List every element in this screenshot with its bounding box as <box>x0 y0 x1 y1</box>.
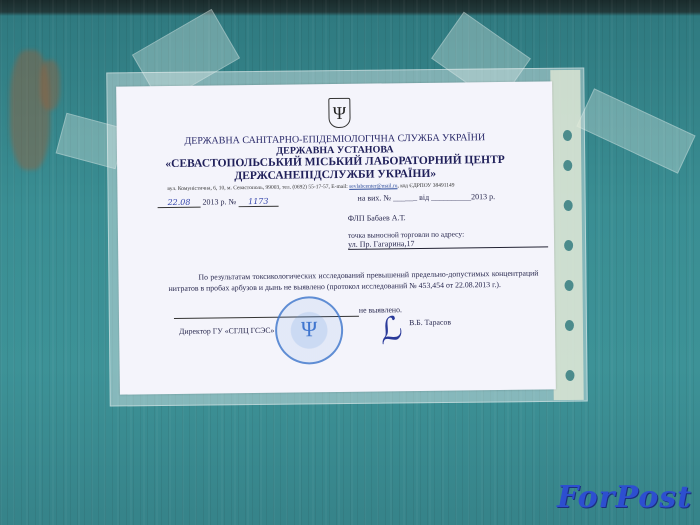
email-link: sevlabcenter@mail.ru <box>349 183 397 190</box>
punch-hole <box>564 240 573 251</box>
body-text: По результатам токсикологических исследо… <box>168 268 538 295</box>
issue-date: 22.08 2013 р. № 1173 <box>158 197 279 207</box>
edrpou-code: , код ЄДРПОУ 38491149 <box>397 183 454 190</box>
street-address: ул. Пр. Гагарина,17 <box>348 237 548 249</box>
stamp-trident: Ψ <box>277 316 341 343</box>
forpost-watermark-logo: ForPost <box>557 480 692 515</box>
punch-hole <box>563 130 572 141</box>
paint-damage <box>40 60 60 110</box>
address-text: вул. Комуністична, 6, 10, м. Севастополь… <box>167 184 349 192</box>
date-year: 2013 р. № <box>202 197 236 206</box>
recipient: ФЛП Бабаев А.Т. <box>348 213 406 223</box>
punch-hole <box>565 370 574 381</box>
official-letter: Ψ ДЕРЖАВНА САНІТАРНО-ЕПІДЕМІОЛОГІЧНА СЛУ… <box>116 81 556 394</box>
punch-hole <box>564 200 573 211</box>
signature-icon: ℒ <box>371 309 406 353</box>
punch-hole <box>565 320 574 331</box>
wooden-wall-background: Ψ ДЕРЖАВНА САНІТАРНО-ЕПІДЕМІОЛОГІЧНА СЛУ… <box>0 0 700 525</box>
official-stamp-icon: Ψ <box>275 296 344 365</box>
handwritten-date: 22.08 <box>158 198 201 209</box>
punch-hole <box>563 160 572 171</box>
address-line: вул. Комуністична, 6, 10, м. Севастополь… <box>167 183 454 193</box>
trident-emblem-icon: Ψ <box>328 98 350 128</box>
handwritten-number: 1173 <box>238 197 278 207</box>
director-label: Директор ГУ «СГЛЦ ГСЭС» <box>179 326 274 336</box>
signer-name: В.Б. Тарасов <box>409 318 451 328</box>
punch-hole <box>564 280 573 291</box>
outgoing-reference: на вих. № ______ від __________2013 р. <box>357 192 495 203</box>
